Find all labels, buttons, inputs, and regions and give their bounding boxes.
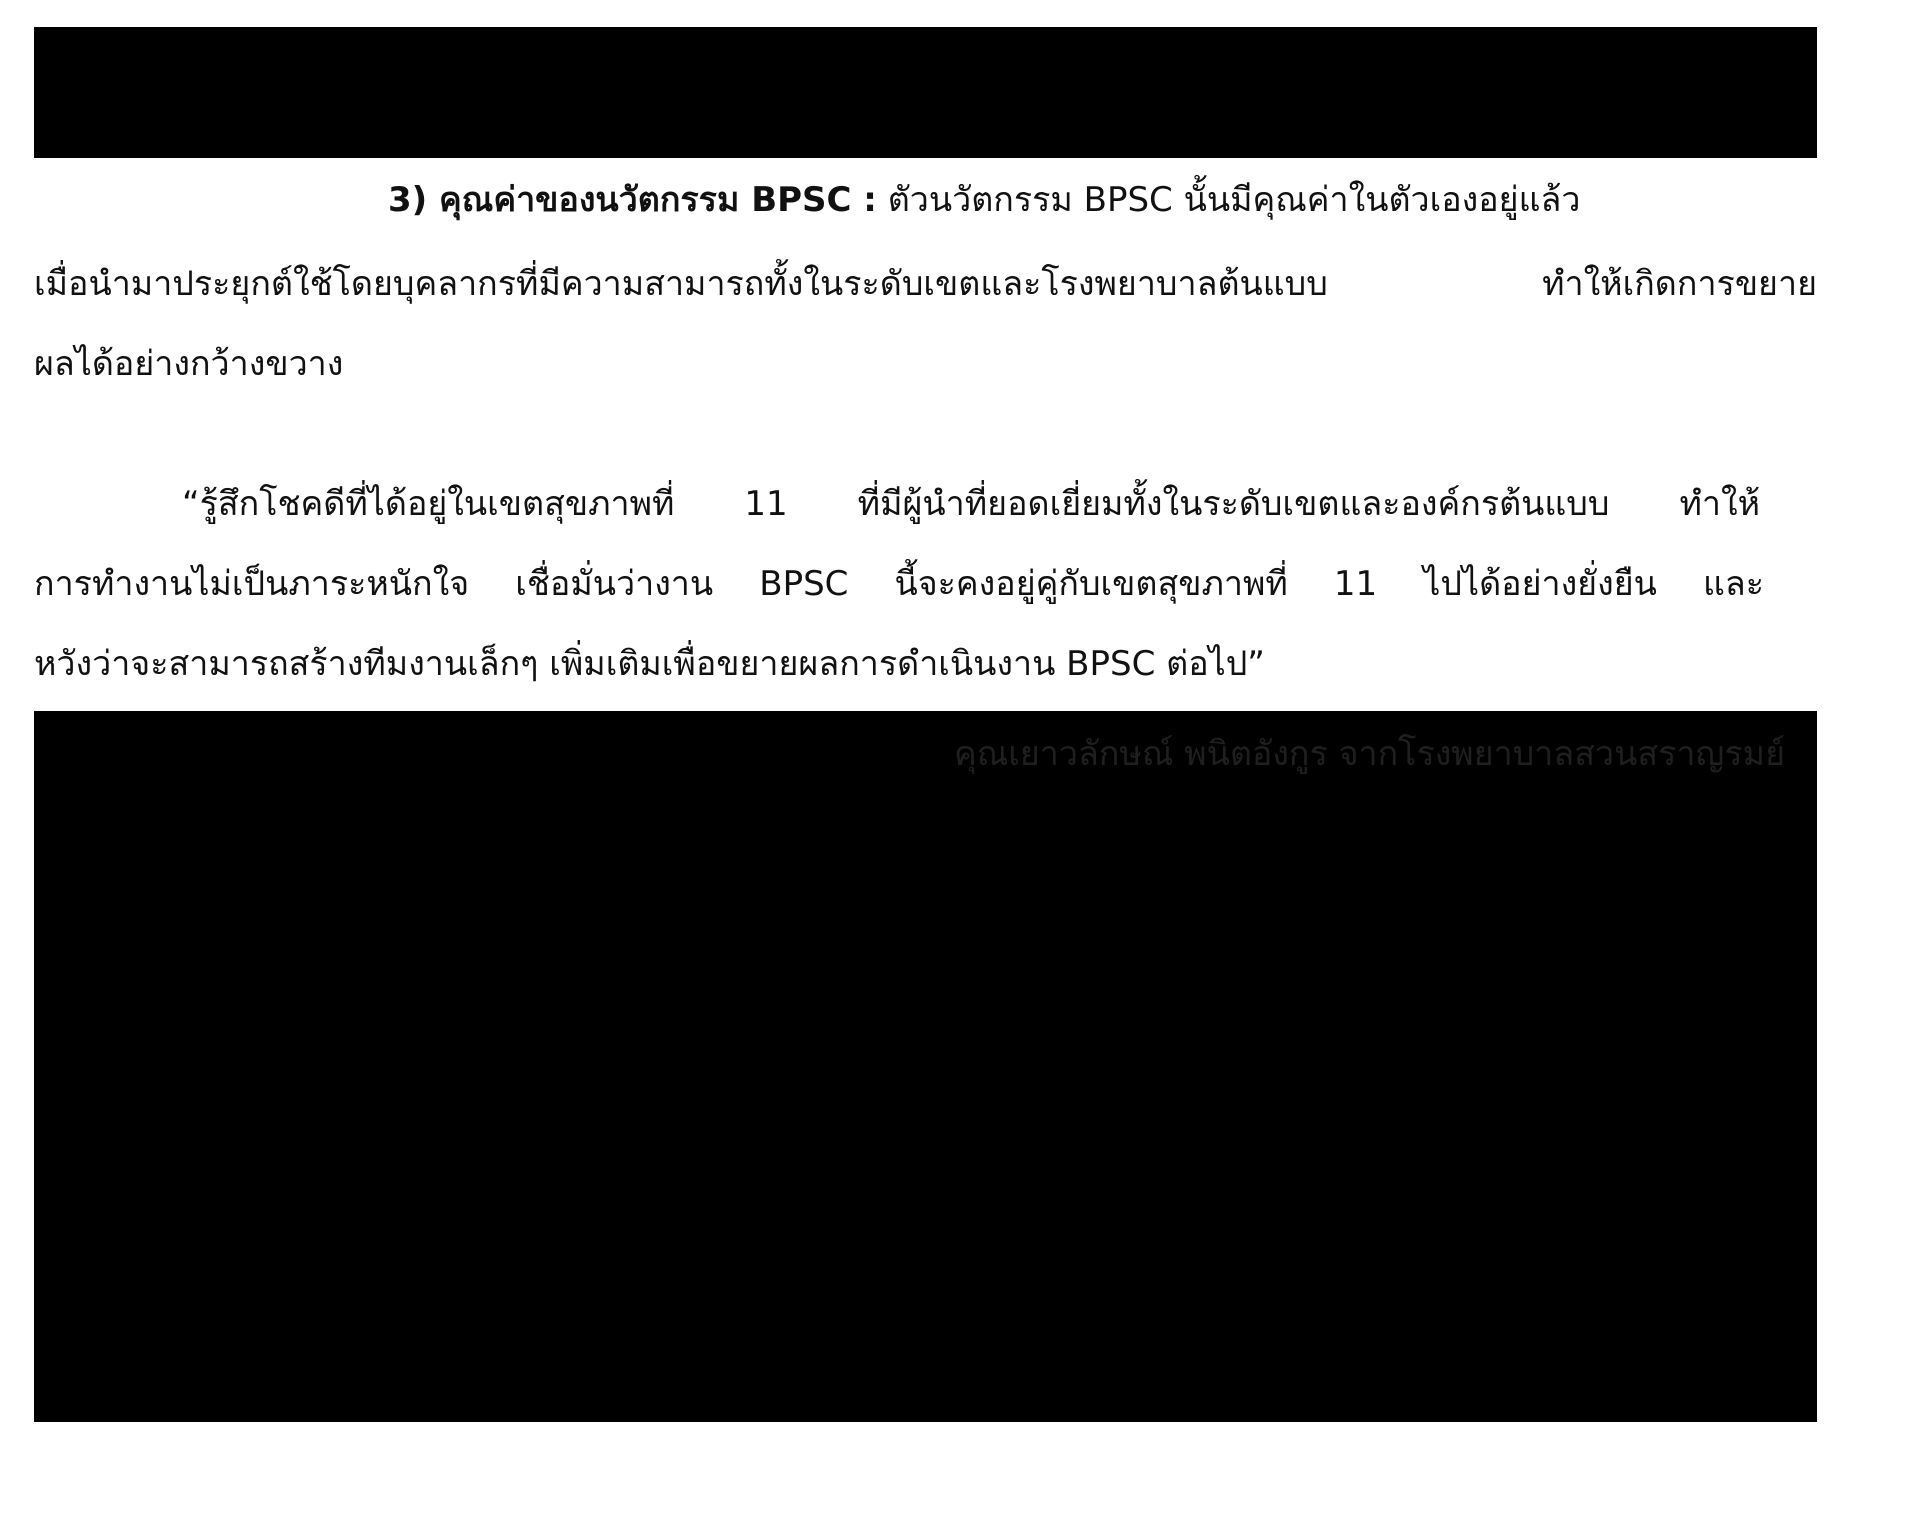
quote-attribution: คุณเยาวลักษณ์ พนิตอังกูร จากโรงพยาบาลสวน… xyxy=(954,732,1785,776)
quote-line-3: หวังว่าจะสามารถสร้างทีมงานเล็กๆ เพิ่มเติ… xyxy=(34,642,1817,686)
section-text: ตัวนวัตกรรม BPSC นั้นมีคุณค่าในตัวเองอยู… xyxy=(877,180,1581,220)
redacted-region-top xyxy=(34,27,1817,158)
section-heading-line: 3) คุณค่าของนวัตกรรม BPSC : ตัวนวัตกรรม … xyxy=(388,178,1708,222)
section-body-line-3: ผลได้อย่างกว้างขวาง xyxy=(34,342,1817,386)
quote-line-2: การทำงานไม่เป็นภาระหนักใจ เชื่อมั่นว่างา… xyxy=(34,562,1764,606)
section-heading: 3) คุณค่าของนวัตกรรม BPSC : xyxy=(388,180,877,220)
redacted-region-bottom xyxy=(34,711,1817,1422)
section-body-line-2: เมื่อนำมาประยุกต์ใช้โดยบุคลากรที่มีความส… xyxy=(34,262,1817,306)
quote-line-1: “รู้สึกโชคดีที่ได้อยู่ในเขตสุขภาพที่ 11 … xyxy=(182,482,1760,526)
